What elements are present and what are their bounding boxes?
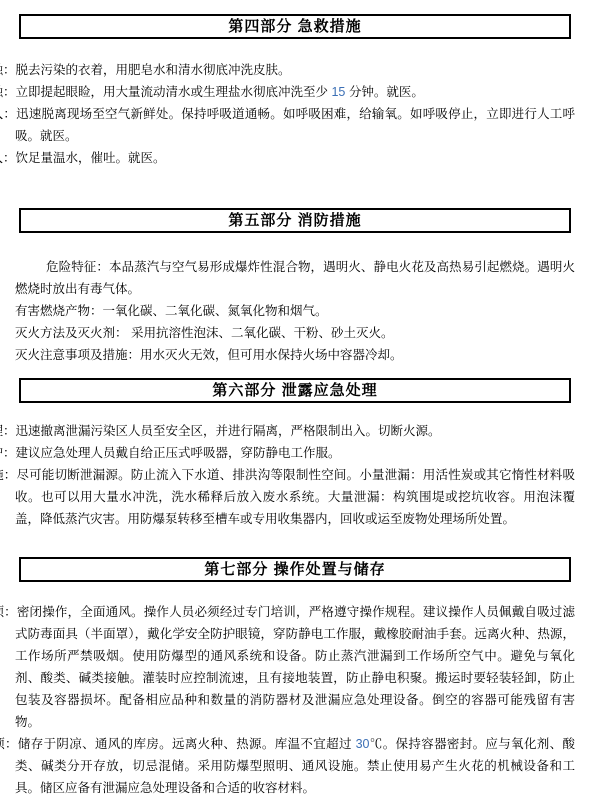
paragraph-personal-protection: 个人防护：建议应急处理人员戴自给正压式呼吸器，穿防静电工作服。 xyxy=(15,442,575,464)
section-4-title: 第四部分 急救措施 xyxy=(228,18,361,35)
section-6-title: 第六部分 泄露应急处理 xyxy=(212,382,377,399)
paragraph-extinguishing-precautions: 灭火注意事项及措施：用水灭火无效，但可用水保持火场中容器冷却。 xyxy=(15,344,575,366)
section-7-title: 第七部分 操作处置与储存 xyxy=(204,561,385,578)
section-4-body: 皮肤接触：脱去污染的衣着，用肥皂水和清水彻底冲洗皮肤。 眼睛接触：立即提起眼睑，… xyxy=(15,59,575,169)
storage-text-pre: 储存注意事项：储存于阴凉、通风的库房。远离火种、热源。库温不宜超过 xyxy=(0,737,356,751)
section-6-title-box: 第六部分 泄露应急处理 xyxy=(19,378,571,403)
msds-document-page: 第四部分 急救措施 皮肤接触：脱去污染的衣着，用肥皂水和清水彻底冲洗皮肤。 眼睛… xyxy=(0,0,590,796)
minutes-value: 15 xyxy=(331,85,345,99)
paragraph-ingestion: 食入：饮足量温水，催吐。就医。 xyxy=(15,147,575,169)
paragraph-storage-precautions: 储存注意事项：储存于阴凉、通风的库房。远离火种、热源。库温不宜超过 30℃。保持… xyxy=(15,733,575,796)
paragraph-extinguishing-methods: 灭火方法及灭火剂： 采用抗溶性泡沫、二氧化碳、干粉、砂土灭火。 xyxy=(15,322,575,344)
eye-contact-text-pre: 眼睛接触：立即提起眼睑，用大量流动清水或生理盐水彻底冲洗至少 xyxy=(0,85,331,99)
section-4-title-box: 第四部分 急救措施 xyxy=(19,14,571,39)
paragraph-handling-precautions: 操作注意事项：密闭操作，全面通风。操作人员必须经过专门培训，严格遵守操作规程。建… xyxy=(15,601,575,733)
paragraph-skin-contact: 皮肤接触：脱去污染的衣着，用肥皂水和清水彻底冲洗皮肤。 xyxy=(15,59,575,81)
section-7-body: 操作注意事项：密闭操作，全面通风。操作人员必须经过专门培训，严格遵守操作规程。建… xyxy=(15,601,575,796)
paragraph-emergency-response: 应急处理：迅速撤离泄漏污染区人员至安全区，并进行隔离，严格限制出入。切断火源。 xyxy=(15,420,575,442)
section-5-body: 危险特征：本品蒸汽与空气易形成爆炸性混合物，遇明火、静电火花及高热易引起燃烧。遇… xyxy=(15,256,575,366)
section-5-title-box: 第五部分 消防措施 xyxy=(19,208,571,233)
paragraph-hazard-characteristics: 危险特征：本品蒸汽与空气易形成爆炸性混合物，遇明火、静电火花及高热易引起燃烧。遇… xyxy=(15,256,575,300)
paragraph-eye-contact: 眼睛接触：立即提起眼睑，用大量流动清水或生理盐水彻底冲洗至少 15 分钟。就医。 xyxy=(15,81,575,103)
eye-contact-text-post: 分钟。就医。 xyxy=(345,85,423,99)
temperature-value: 30 xyxy=(356,737,370,751)
paragraph-cleanup-measures: 清理措施：尽可能切断泄漏源。防止流入下水道、排洪沟等限制性空间。小量泄漏：用活性… xyxy=(15,464,575,530)
section-6-body: 应急处理：迅速撤离泄漏污染区人员至安全区，并进行隔离，严格限制出入。切断火源。 … xyxy=(15,420,575,530)
paragraph-harmful-combustion-products: 有害燃烧产物：一氧化碳、二氧化碳、氮氧化物和烟气。 xyxy=(15,300,575,322)
paragraph-inhalation: 吸入：迅速脱离现场至空气新鲜处。保持呼吸道通畅。如呼吸困难，给输氧。如呼吸停止，… xyxy=(15,103,575,147)
section-5-title: 第五部分 消防措施 xyxy=(228,212,361,229)
section-7-title-box: 第七部分 操作处置与储存 xyxy=(19,557,571,582)
